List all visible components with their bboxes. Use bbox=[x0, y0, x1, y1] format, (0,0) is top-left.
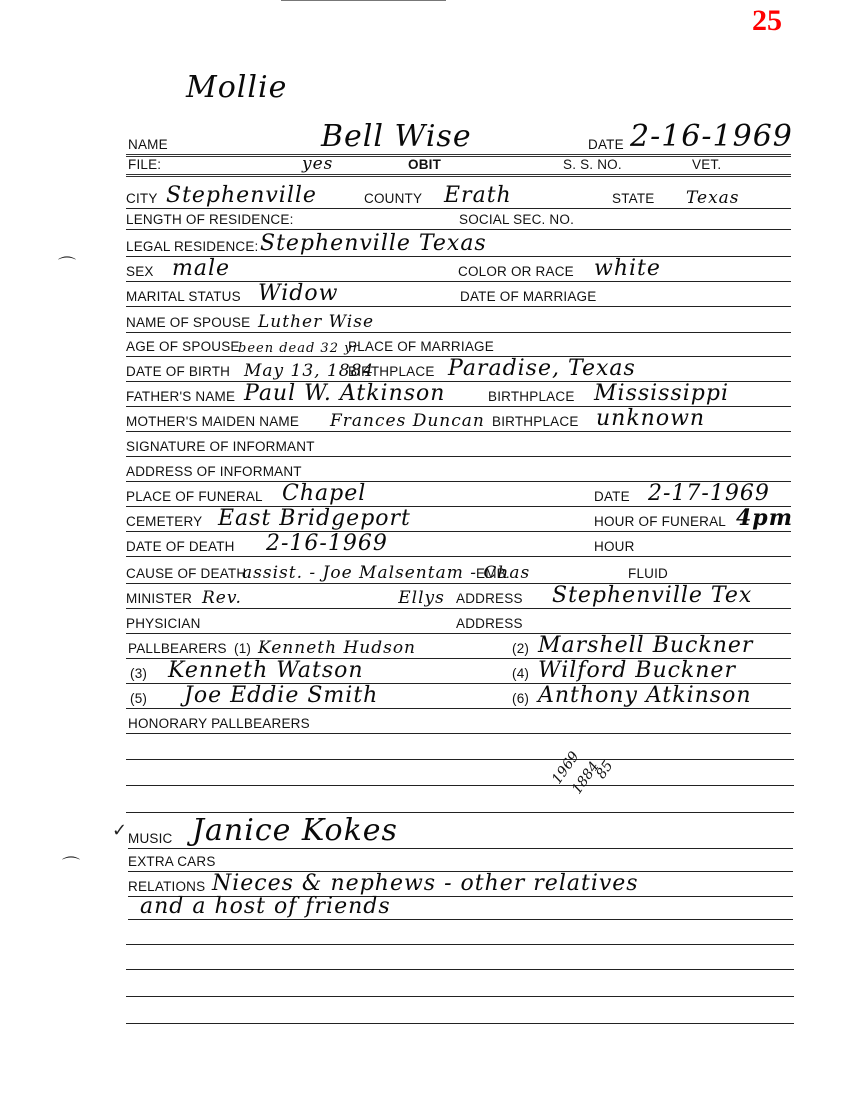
blank-line bbox=[126, 943, 794, 945]
obit-label: OBIT bbox=[408, 157, 441, 172]
ss-no-label: S. S. NO. bbox=[563, 157, 622, 172]
county-value: Erath bbox=[444, 183, 512, 208]
emb-label: EMB. bbox=[476, 566, 510, 581]
legal-residence-row: LEGAL RESIDENCE: Stephenville Texas bbox=[126, 231, 791, 257]
county-label: COUNTY bbox=[364, 191, 422, 206]
margin-tick-mark: ⌒ bbox=[62, 852, 80, 878]
father-value: Paul W. Atkinson bbox=[244, 381, 445, 406]
funeral-hour-label: HOUR OF FUNERAL bbox=[594, 514, 726, 529]
sex-row: SEX male COLOR OR RACE white bbox=[126, 257, 791, 282]
legal-residence-label: LEGAL RESIDENCE: bbox=[126, 239, 259, 254]
funeral-place-label: PLACE OF FUNERAL bbox=[126, 489, 263, 504]
legal-residence-value: Stephenville Texas bbox=[260, 231, 487, 256]
margin-note-3: 85 bbox=[593, 758, 616, 782]
place-of-marriage-label: PLACE OF MARRIAGE bbox=[348, 339, 494, 354]
state-value: Texas bbox=[686, 188, 740, 208]
funeral-place-row: PLACE OF FUNERAL Chapel DATE 2-17-1969 bbox=[126, 482, 791, 507]
blank-line bbox=[126, 968, 794, 970]
spouse-age-value: been dead 32 yr bbox=[238, 341, 360, 356]
date-label: DATE bbox=[588, 137, 624, 152]
blank-line bbox=[126, 784, 794, 786]
funeral-place-value: Chapel bbox=[282, 481, 366, 506]
birthplace-label: BIRTHPLACE bbox=[348, 364, 435, 379]
relations-value-2: and a host of friends bbox=[140, 894, 391, 919]
check-mark-icon: ✓ bbox=[112, 820, 127, 841]
pallbearers-row-1: PALLBEARERS (1) Kenneth Hudson (2) Marsh… bbox=[126, 634, 791, 659]
color-race-label: COLOR OR RACE bbox=[458, 264, 574, 279]
cause-label: CAUSE OF DEATH bbox=[126, 566, 246, 581]
length-of-residence-label: LENGTH OF RESIDENCE: bbox=[126, 212, 294, 227]
honorary-pallbearers-label: HONORARY PALLBEARERS bbox=[128, 716, 310, 731]
pallbearers-label: PALLBEARERS bbox=[128, 641, 227, 656]
death-date-value: 2-16-1969 bbox=[266, 531, 388, 556]
cause-row: CAUSE OF DEATH assist. - Joe Malsentam -… bbox=[126, 559, 791, 584]
father-birthplace-value: Mississippi bbox=[594, 381, 729, 406]
file-row: FILE: yes OBIT S. S. NO. VET. bbox=[126, 152, 791, 177]
hour-label: HOUR bbox=[594, 539, 635, 554]
birthplace-value: Paradise, Texas bbox=[448, 356, 636, 381]
dob-label: DATE OF BIRTH bbox=[126, 364, 230, 379]
name-value: Bell Wise bbox=[321, 119, 472, 154]
mother-value: Frances Duncan bbox=[330, 411, 485, 431]
pallbearer-num-2: (2) bbox=[512, 641, 529, 656]
funeral-date-value: 2-17-1969 bbox=[648, 481, 770, 506]
physician-row: PHYSICIAN ADDRESS bbox=[126, 609, 791, 634]
extra-cars-row: EXTRA CARS bbox=[128, 849, 793, 872]
informant-signature-label: SIGNATURE OF INFORMANT bbox=[126, 439, 315, 454]
length-of-residence-row: LENGTH OF RESIDENCE: SOCIAL SEC. NO. bbox=[126, 206, 791, 230]
relations-label: RELATIONS bbox=[128, 879, 205, 894]
cemetery-value: East Bridgeport bbox=[218, 506, 411, 531]
margin-tick-mark: ⌒ bbox=[58, 252, 76, 278]
pallbearer-1: Kenneth Hudson bbox=[258, 638, 416, 658]
death-date-label: DATE OF DEATH bbox=[126, 539, 235, 554]
informant-signature-row: SIGNATURE OF INFORMANT bbox=[126, 433, 791, 457]
city-label: CITY bbox=[126, 191, 158, 206]
name-annotation: Mollie bbox=[186, 70, 287, 105]
dob-row: DATE OF BIRTH May 13, 1884 BIRTHPLACE Pa… bbox=[126, 356, 791, 382]
music-value: Janice Kokes bbox=[192, 813, 398, 848]
spouse-name-value: Luther Wise bbox=[258, 312, 374, 332]
sex-value: male bbox=[172, 256, 230, 281]
minister-address-label: ADDRESS bbox=[456, 591, 523, 606]
pallbearers-row-2: (3) Kenneth Watson (4) Wilford Buckner bbox=[126, 659, 791, 684]
vet-label: VET. bbox=[692, 157, 721, 172]
father-label: FATHER'S NAME bbox=[126, 389, 235, 404]
city-row: CITY Stephenville COUNTY Erath STATE Tex… bbox=[126, 182, 791, 209]
spouse-name-label: NAME OF SPOUSE bbox=[126, 315, 250, 330]
sex-label: SEX bbox=[126, 264, 154, 279]
marital-status-label: MARITAL STATUS bbox=[126, 289, 241, 304]
spouse-name-row: NAME OF SPOUSE Luther Wise bbox=[126, 308, 791, 333]
mother-birthplace-label: BIRTHPLACE bbox=[492, 414, 579, 429]
minister-address-value: Stephenville Tex bbox=[552, 583, 752, 608]
funeral-date-label: DATE bbox=[594, 489, 630, 504]
name-label: NAME bbox=[128, 137, 168, 152]
father-row: FATHER'S NAME Paul W. Atkinson BIRTHPLAC… bbox=[126, 382, 791, 407]
pallbearer-num-3: (3) bbox=[130, 666, 147, 681]
cemetery-row: CEMETERY East Bridgeport HOUR OF FUNERAL… bbox=[126, 507, 791, 532]
minister-row: MINISTER Rev. Ellys ADDRESS Stephenville… bbox=[126, 584, 791, 609]
marital-status-value: Widow bbox=[258, 281, 338, 306]
pallbearer-num-6: (6) bbox=[512, 691, 529, 706]
date-value: 2-16-1969 bbox=[630, 119, 793, 154]
city-value: Stephenville bbox=[166, 183, 317, 208]
cemetery-label: CEMETERY bbox=[126, 514, 202, 529]
spouse-age-label: AGE OF SPOUSE bbox=[126, 339, 240, 354]
informant-address-row: ADDRESS OF INFORMANT bbox=[126, 457, 791, 482]
pallbearer-num-4: (4) bbox=[512, 666, 529, 681]
mother-row: MOTHER'S MAIDEN NAME Frances Duncan BIRT… bbox=[126, 407, 791, 432]
fluid-label: FLUID bbox=[628, 566, 668, 581]
music-label: MUSIC bbox=[128, 831, 173, 846]
informant-address-label: ADDRESS OF INFORMANT bbox=[126, 464, 302, 479]
extra-cars-label: EXTRA CARS bbox=[128, 854, 216, 869]
marital-status-row: MARITAL STATUS Widow DATE OF MARRIAGE bbox=[126, 282, 791, 307]
mother-label: MOTHER'S MAIDEN NAME bbox=[126, 414, 299, 429]
state-label: STATE bbox=[612, 191, 655, 206]
relations-row-2: and a host of friends bbox=[128, 897, 793, 920]
physician-label: PHYSICIAN bbox=[126, 616, 201, 631]
file-label: FILE: bbox=[128, 157, 161, 172]
page-number: 25 bbox=[752, 4, 782, 38]
pallbearer-3: Kenneth Watson bbox=[168, 658, 364, 683]
pallbearers-row-3: (5) Joe Eddie Smith (6) Anthony Atkinson bbox=[126, 684, 791, 709]
date-of-marriage-label: DATE OF MARRIAGE bbox=[460, 289, 596, 304]
blank-line bbox=[126, 758, 794, 760]
minister-value: Rev. Ellys bbox=[202, 588, 445, 608]
blank-line bbox=[126, 1022, 794, 1024]
pallbearer-4: Wilford Buckner bbox=[538, 658, 736, 683]
pallbearer-num-5: (5) bbox=[130, 691, 147, 706]
minister-label: MINISTER bbox=[126, 591, 192, 606]
blank-line bbox=[126, 995, 794, 997]
honorary-pallbearers-row: HONORARY PALLBEARERS bbox=[126, 709, 791, 734]
mother-birthplace-value: unknown bbox=[596, 406, 705, 431]
color-race-value: white bbox=[594, 256, 661, 281]
pallbearer-5: Joe Eddie Smith bbox=[184, 683, 378, 708]
death-date-row: DATE OF DEATH 2-16-1969 HOUR bbox=[126, 532, 791, 557]
pallbearer-6: Anthony Atkinson bbox=[538, 683, 751, 708]
social-sec-label: SOCIAL SEC. NO. bbox=[459, 212, 574, 227]
pallbearer-num-1: (1) bbox=[234, 641, 251, 656]
father-birthplace-label: BIRTHPLACE bbox=[488, 389, 575, 404]
funeral-hour-value: 4pm bbox=[736, 505, 793, 531]
physician-address-label: ADDRESS bbox=[456, 616, 523, 631]
spouse-age-row: AGE OF SPOUSE been dead 32 yr PLACE OF M… bbox=[126, 332, 791, 357]
top-rule bbox=[281, 0, 446, 1]
music-row: MUSIC Janice Kokes bbox=[128, 820, 793, 849]
relations-value-1: Nieces & nephews - other relatives bbox=[212, 871, 639, 896]
pallbearer-2: Marshell Buckner bbox=[538, 633, 753, 658]
file-value: yes bbox=[302, 154, 333, 174]
